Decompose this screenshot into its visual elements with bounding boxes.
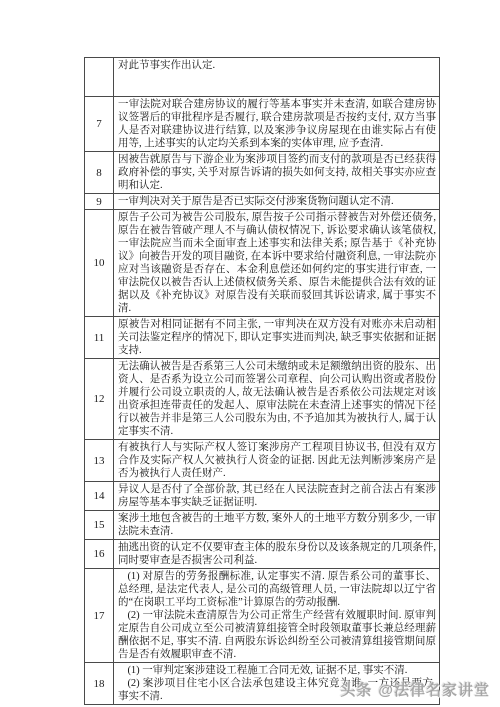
table-body: 对此节事实作出认定.7一审法院对联合建房协议的履行等基本事实并未查清, 如联合建… xyxy=(85,58,440,705)
row-number: 14 xyxy=(85,482,114,511)
row-text-cell: 有被执行人与实际产权人签订案涉房产工程项目协议书, 但没有双方合作及实际产权人欠… xyxy=(114,440,440,482)
issue-paragraph: 因被告就原告与下游企业为案涉项目签约而支付的款项是否已经获得政府补偿的事实, 关… xyxy=(118,153,436,192)
row-number: 11 xyxy=(85,317,114,359)
issue-paragraph: (1) 一审判定案涉建设工程施工合同无效, 证据不足, 事实不清. xyxy=(118,664,436,677)
issue-paragraph: 一审法院对联合建房协议的履行等基本事实并未查清, 如联合建房协议签署后的审批程序… xyxy=(118,98,436,150)
row-number: 10 xyxy=(85,210,114,317)
table-row: 16抽逃出资的认定不仅要审查主体的股东身份以及该条规定的几项条件, 同时要审查是… xyxy=(85,540,440,569)
issue-paragraph: 抽逃出资的认定不仅要审查主体的股东身份以及该条规定的几项条件, 同时要审查是否损… xyxy=(118,541,436,567)
row-text-cell: 一审判决对关于原告是否已实际交付涉案货物问题认定不清. xyxy=(114,194,440,210)
row-number: 15 xyxy=(85,511,114,540)
table-row: 8因被告就原告与下游企业为案涉项目签约而支付的款项是否已经获得政府补偿的事实, … xyxy=(85,152,440,194)
row-text-cell: 因被告就原告与下游企业为案涉项目签约而支付的款项是否已经获得政府补偿的事实, 关… xyxy=(114,152,440,194)
issue-paragraph: (1) 对原告的劳务报酬标准, 认定事实不清. 原告系公司的董事长、总经理, 是… xyxy=(118,570,436,609)
table-row: 9一审判决对关于原告是否已实际交付涉案货物问题认定不清. xyxy=(85,194,440,210)
issue-paragraph: 对此节事实作出认定. xyxy=(118,59,436,72)
row-text-cell: 原被告对相同证据有不同主张, 一审判决在双方没有对账亦未启动相关司法鉴定程序的情… xyxy=(114,317,440,359)
issue-paragraph: 原告子公司为被告公司股东, 原告按子公司指示替被告对外偿还债务, 原告在被告管破… xyxy=(118,211,436,315)
table-row: 14异议人是否付了全部价款, 其已经在人民法院查封之前合法占有案涉房屋等基本事实… xyxy=(85,482,440,511)
row-text-cell: (1) 对原告的劳务报酬标准, 认定事实不清. 原告系公司的董事长、总经理, 是… xyxy=(114,569,440,663)
table-row: 15案涉土地包含被告的土地平方数, 案外人的土地平方数分别多少, 一审法院未查清… xyxy=(85,511,440,540)
table-row: 10原告子公司为被告公司股东, 原告按子公司指示替被告对外偿还债务, 原告在被告… xyxy=(85,210,440,317)
row-number: 9 xyxy=(85,194,114,210)
row-text-cell: 案涉土地包含被告的土地平方数, 案外人的土地平方数分别多少, 一审法院未查清. xyxy=(114,511,440,540)
issue-paragraph: 异议人是否付了全部价款, 其已经在人民法院查封之前合法占有案涉房屋等基本事实缺乏… xyxy=(118,483,436,509)
table-row: 13有被执行人与实际产权人签订案涉房产工程项目协议书, 但没有双方合作及实际产权… xyxy=(85,440,440,482)
row-text-cell: 一审法院对联合建房协议的履行等基本事实并未查清, 如联合建房协议签署后的审批程序… xyxy=(114,97,440,152)
row-number xyxy=(85,58,114,97)
row-number: 13 xyxy=(85,440,114,482)
watermark-account: 法律名家讲堂 xyxy=(394,682,490,699)
at-symbol-icon: @ xyxy=(378,682,394,699)
row-number: 12 xyxy=(85,359,114,440)
table-row: 11原被告对相同证据有不同主张, 一审判决在双方没有对账亦未启动相关司法鉴定程序… xyxy=(85,317,440,359)
row-number: 18 xyxy=(85,663,114,705)
document-page: 对此节事实作出认定.7一审法院对联合建房协议的履行等基本事实并未查清, 如联合建… xyxy=(0,0,500,707)
table-row: 17(1) 对原告的劳务报酬标准, 认定事实不清. 原告系公司的董事长、总经理,… xyxy=(85,569,440,663)
row-number: 17 xyxy=(85,569,114,663)
row-number: 8 xyxy=(85,152,114,194)
row-text-cell: 无法确认被告是否系第三人公司未缴纳或未足额缴纳出资的股东、出资人、是否系为设立公… xyxy=(114,359,440,440)
issue-paragraph: 无法确认被告是否系第三人公司未缴纳或未足额缴纳出资的股东、出资人、是否系为设立公… xyxy=(118,360,436,438)
table-row: 7一审法院对联合建房协议的履行等基本事实并未查清, 如联合建房协议签署后的审批程… xyxy=(85,97,440,152)
row-text-cell: 异议人是否付了全部价款, 其已经在人民法院查封之前合法占有案涉房屋等基本事实缺乏… xyxy=(114,482,440,511)
table-row: 12无法确认被告是否系第三人公司未缴纳或未足额缴纳出资的股东、出资人、是否系为设… xyxy=(85,359,440,440)
table-row: 对此节事实作出认定. xyxy=(85,58,440,97)
row-text-cell: 对此节事实作出认定. xyxy=(114,58,440,97)
issue-paragraph: 一审判决对关于原告是否已实际交付涉案货物问题认定不清. xyxy=(118,195,436,208)
row-number: 7 xyxy=(85,97,114,152)
row-text-cell: 原告子公司为被告公司股东, 原告按子公司指示替被告对外偿还债务, 原告在被告管破… xyxy=(114,210,440,317)
watermark: 头条@法律名家讲堂 xyxy=(340,679,490,700)
issues-table: 对此节事实作出认定.7一审法院对联合建房协议的履行等基本事实并未查清, 如联合建… xyxy=(84,57,440,705)
watermark-source: 头条 xyxy=(340,682,372,699)
issue-paragraph: 案涉土地包含被告的土地平方数, 案外人的土地平方数分别多少, 一审法院未查清. xyxy=(118,512,436,538)
issue-paragraph: 有被执行人与实际产权人签订案涉房产工程项目协议书, 但没有双方合作及实际产权人欠… xyxy=(118,441,436,480)
row-number: 16 xyxy=(85,540,114,569)
issue-paragraph: 原被告对相同证据有不同主张, 一审判决在双方没有对账亦未启动相关司法鉴定程序的情… xyxy=(118,318,436,357)
row-text-cell: 抽逃出资的认定不仅要审查主体的股东身份以及该条规定的几项条件, 同时要审查是否损… xyxy=(114,540,440,569)
issue-paragraph: (2) 一审法院未查清原告为公司正常生产经营有效履职时间. 原审判定原告自公司成… xyxy=(118,609,436,661)
